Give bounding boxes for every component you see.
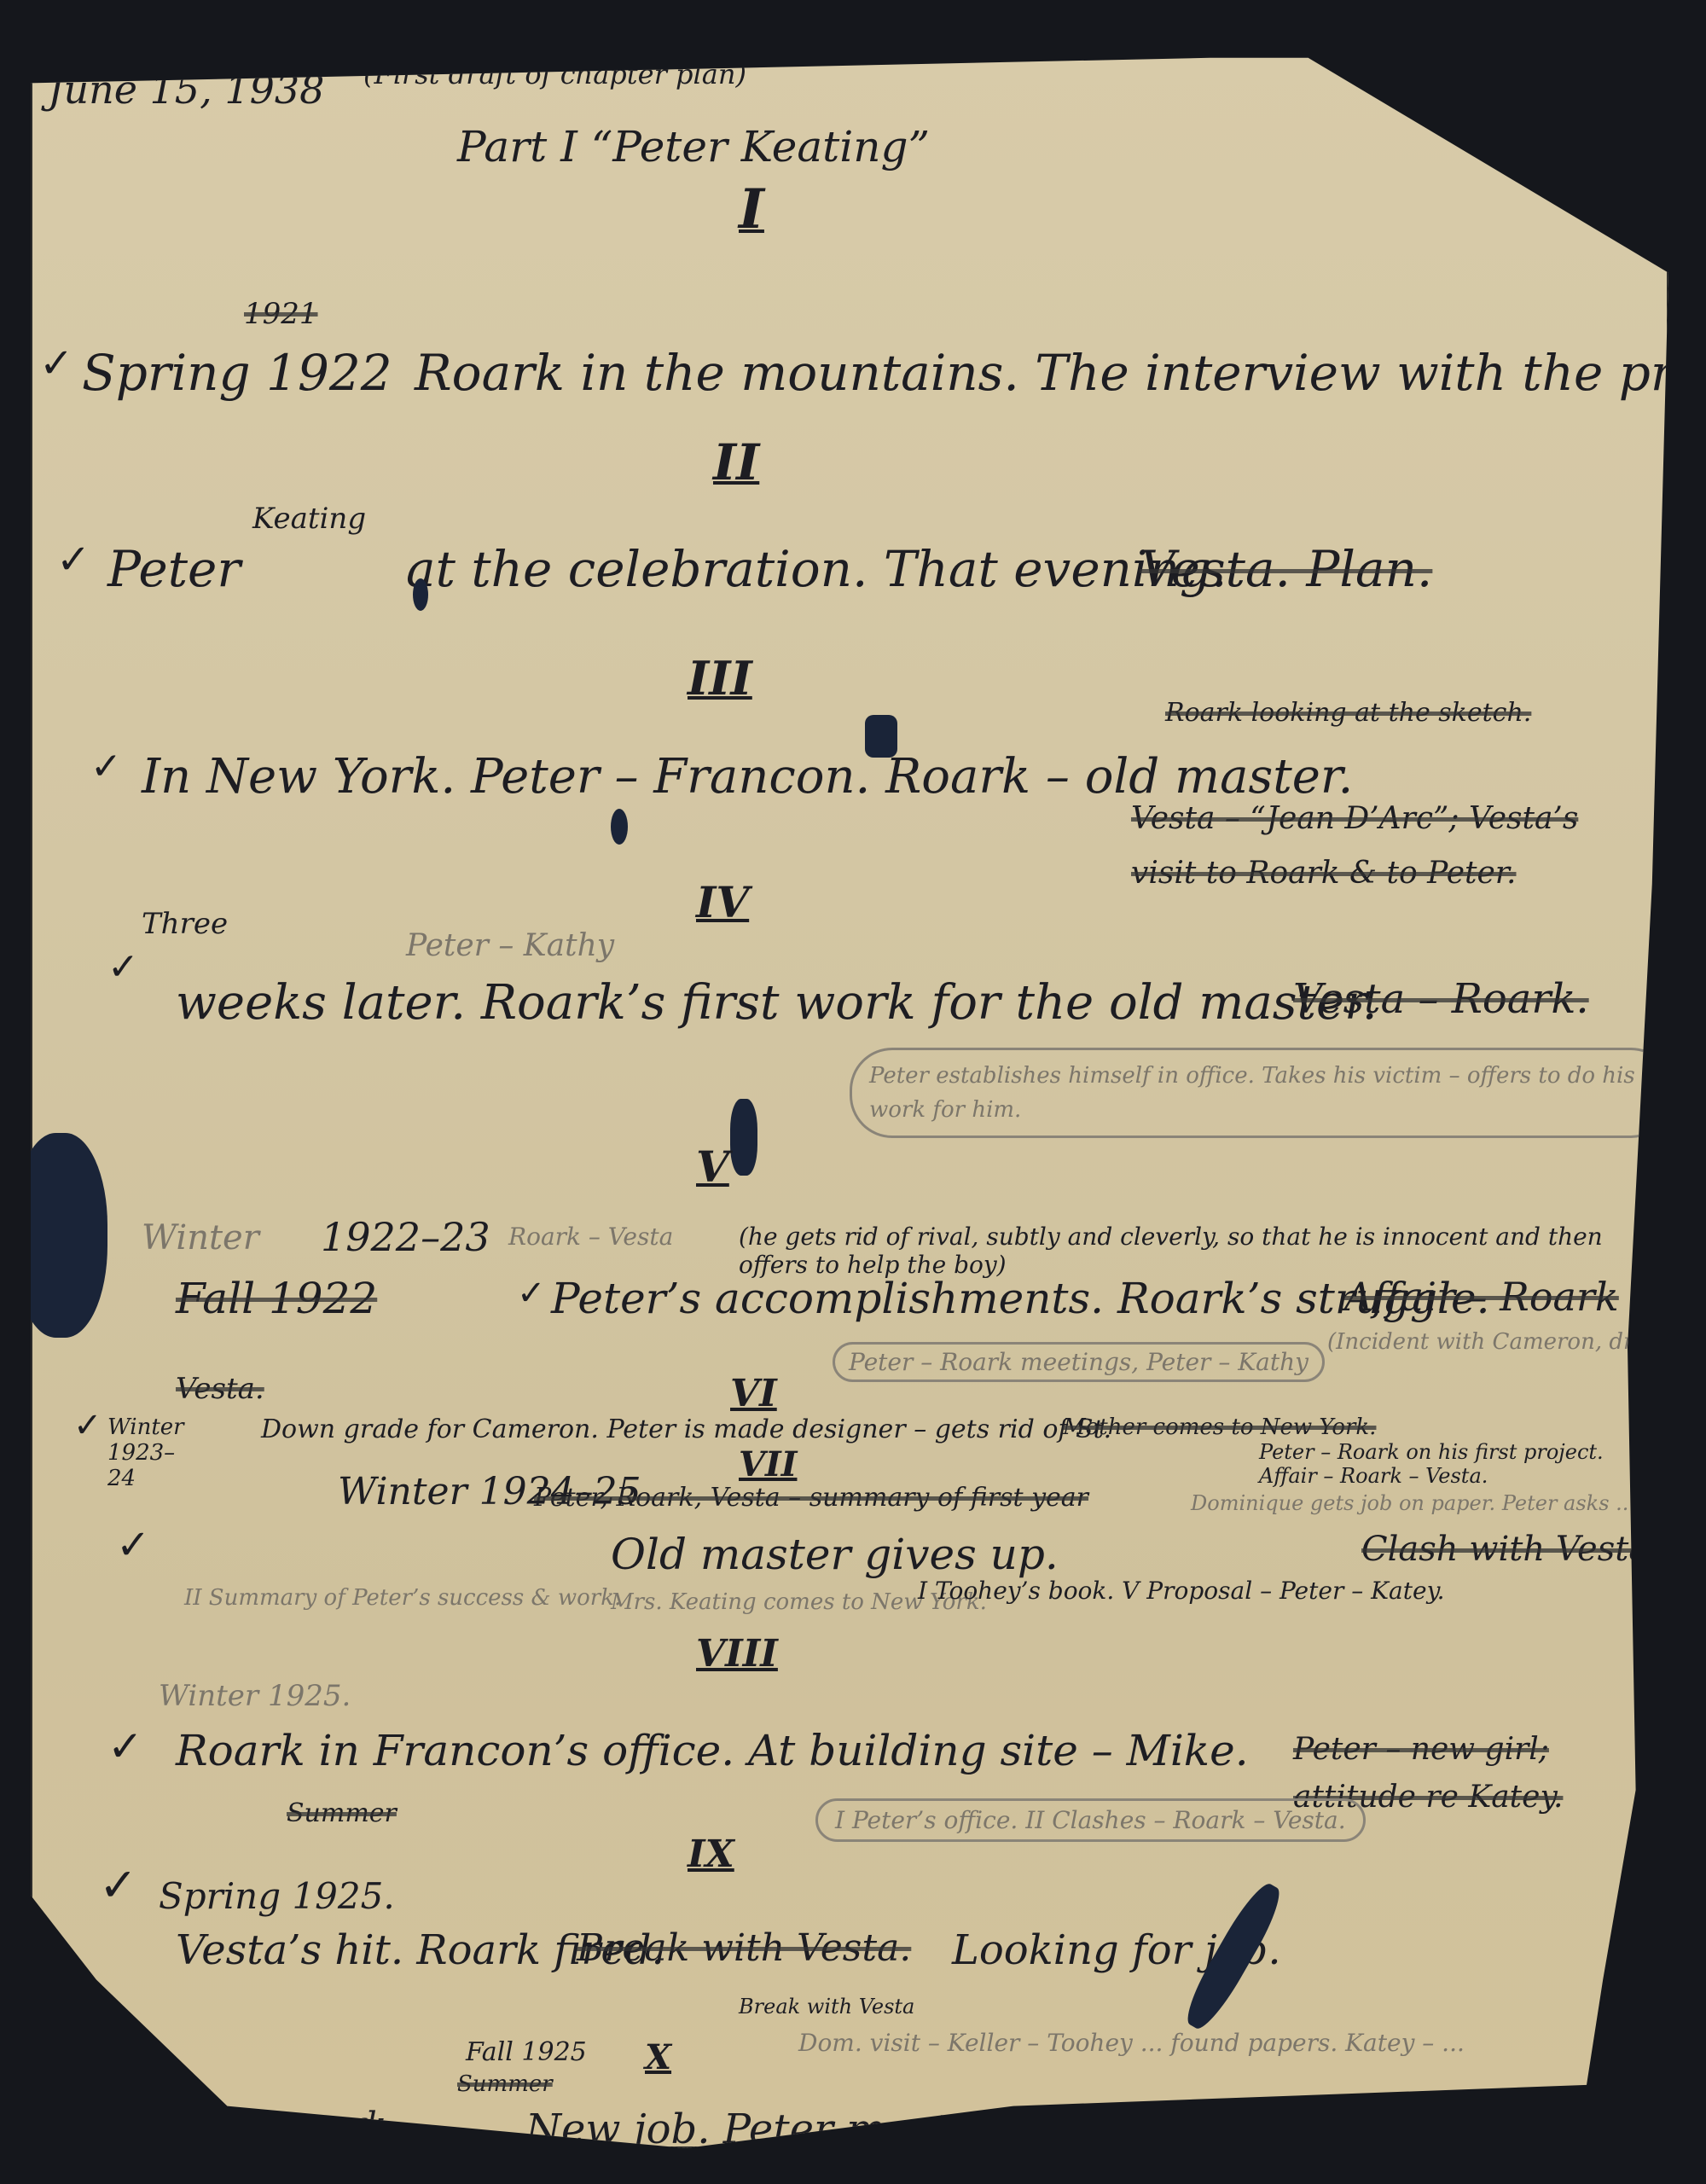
- section-1-text: Roark in the mountains. The interview wi…: [415, 344, 1706, 402]
- section-8-text: Roark in Francon’s office. At building s…: [176, 1726, 1249, 1775]
- section-numeral-6: VI: [730, 1372, 777, 1415]
- section-7-struck: Clash with Vesta.: [1361, 1530, 1660, 1569]
- checkmark-icon: ✓: [73, 1406, 102, 1445]
- section-numeral-5: V: [696, 1141, 729, 1192]
- checkmark-icon: ✓: [90, 745, 122, 788]
- section-7-text: Old master gives up.: [611, 1530, 1059, 1579]
- section-5-pencil-time: Winter: [142, 1218, 259, 1258]
- section-numeral-7: VII: [739, 1444, 797, 1484]
- checkmark-icon: ✓: [107, 945, 139, 989]
- section-3-insert: Roark looking at the sketch.: [1165, 698, 1531, 728]
- section-numeral-1: I: [739, 177, 764, 241]
- section-7-pencil-note-3: I Toohey’s book. V Proposal – Peter – Ka…: [918, 1577, 1445, 1605]
- checkmark-icon: ✓: [39, 340, 73, 387]
- section-7-pencil-note-1: II Summary of Peter’s success & work.: [184, 1585, 621, 1611]
- section-10-text: New job. Peter meets Dominique.: [525, 2106, 1223, 2153]
- section-6-time: Winter 1923–24: [107, 1414, 201, 1491]
- section-2-subject: Peter: [107, 540, 241, 598]
- section-8-pencil-time: Winter 1925.: [159, 1679, 351, 1713]
- date: June 15, 1938: [48, 67, 324, 113]
- page-number: (1): [1498, 84, 1561, 135]
- section-6-struck-left: Vesta.: [176, 1372, 264, 1406]
- section-5-time-struck: Fall 1922: [176, 1274, 377, 1323]
- section-9-pencil-right: Dom. visit – Keller – Toohey ... found p…: [798, 2029, 1465, 2057]
- ink-blot: [730, 1099, 757, 1176]
- section-4-text: weeks later. Roark’s first work for the …: [176, 975, 1378, 1031]
- manuscript-page: June 15, 1938 (First draft of chapter pl…: [31, 41, 1668, 2148]
- section-3-struck: Vesta – “Jean D’Arc”; Vesta’s visit to R…: [1131, 792, 1643, 901]
- section-10-time: Fall 1925: [466, 2037, 587, 2067]
- section-numeral-10: X: [645, 2037, 671, 2077]
- checkmark-icon: ✓: [517, 1274, 546, 1313]
- section-numeral-4: IV: [696, 877, 749, 927]
- checkmark-icon: ✓: [99, 1858, 137, 1912]
- part-title: Part I “Peter Keating”: [457, 122, 930, 171]
- section-7-pencil-right: Dominique gets job on paper. Peter asks …: [1191, 1491, 1635, 1515]
- section-9-pencil-note: Break with Vesta: [739, 1995, 914, 2018]
- section-numeral-3: III: [688, 651, 752, 706]
- section-2-text: at the celebration. That evening.: [406, 540, 1227, 598]
- section-1-time-struck: 1921: [244, 297, 318, 331]
- section-2-struck: Vesta. Plan.: [1140, 540, 1432, 598]
- section-5-aside: (he gets rid of rival, subtly and clever…: [739, 1223, 1643, 1279]
- section-9-time-struck: Summer: [287, 1798, 397, 1828]
- section-4-pencil-note: Peter establishes himself in office. Tak…: [850, 1048, 1674, 1138]
- section-4-struck: Vesta – Roark.: [1293, 975, 1589, 1023]
- section-4-time: Three: [142, 907, 228, 941]
- section-5-time: 1922–23: [321, 1214, 490, 1260]
- section-6-text: Down grade for Cameron. Peter is made de…: [261, 1414, 1111, 1444]
- part-title-text: Part I “Peter Keating”: [457, 122, 930, 171]
- section-2-inserted: Keating: [252, 502, 366, 536]
- ink-stain: [14, 1133, 107, 1338]
- checkmark-icon: ✓: [116, 1521, 150, 1569]
- section-5-pencil-note: Peter – Roark meetings, Peter – Kathy: [833, 1342, 1325, 1382]
- section-6-right-note: Peter – Roark on his first project. Affa…: [1259, 1440, 1643, 1488]
- checkmark-icon: ✓: [107, 1722, 143, 1771]
- checkmark-icon: ✓: [56, 536, 90, 584]
- section-8-pencil-note: I Peter’s office. II Clashes – Roark – V…: [815, 1798, 1366, 1842]
- section-9-time: Spring 1925.: [159, 1875, 395, 1917]
- section-5-struck: Affair – Roark: [1344, 1274, 1619, 1320]
- section-numeral-9: IX: [688, 1833, 734, 1876]
- section-10-struck-left: Back to work: [159, 2106, 386, 2145]
- section-5-pencil-side: Roark – Vesta: [508, 1223, 673, 1251]
- draft-note: (First draft of chapter plan): [363, 58, 746, 90]
- section-5-pencil-right: (Incident with Cameron, drinking: [1327, 1329, 1704, 1355]
- section-4-pencil-above: Peter – Kathy: [406, 928, 614, 963]
- section-numeral-2: II: [713, 433, 759, 491]
- section-9-struck: Break with Vesta.: [577, 1926, 911, 1970]
- section-7-struck-above: Peter, Roark, Vesta – summary of first y…: [534, 1483, 1088, 1513]
- ink-blot: [611, 809, 628, 845]
- section-numeral-8: VIII: [696, 1632, 778, 1676]
- section-6-struck: Mother comes to New York.: [1063, 1414, 1376, 1440]
- section-1-time: Spring 1922: [82, 344, 392, 402]
- ink-blot: [865, 715, 897, 758]
- section-10-time-struck: Summer: [457, 2071, 553, 2097]
- ink-blot: [413, 578, 428, 611]
